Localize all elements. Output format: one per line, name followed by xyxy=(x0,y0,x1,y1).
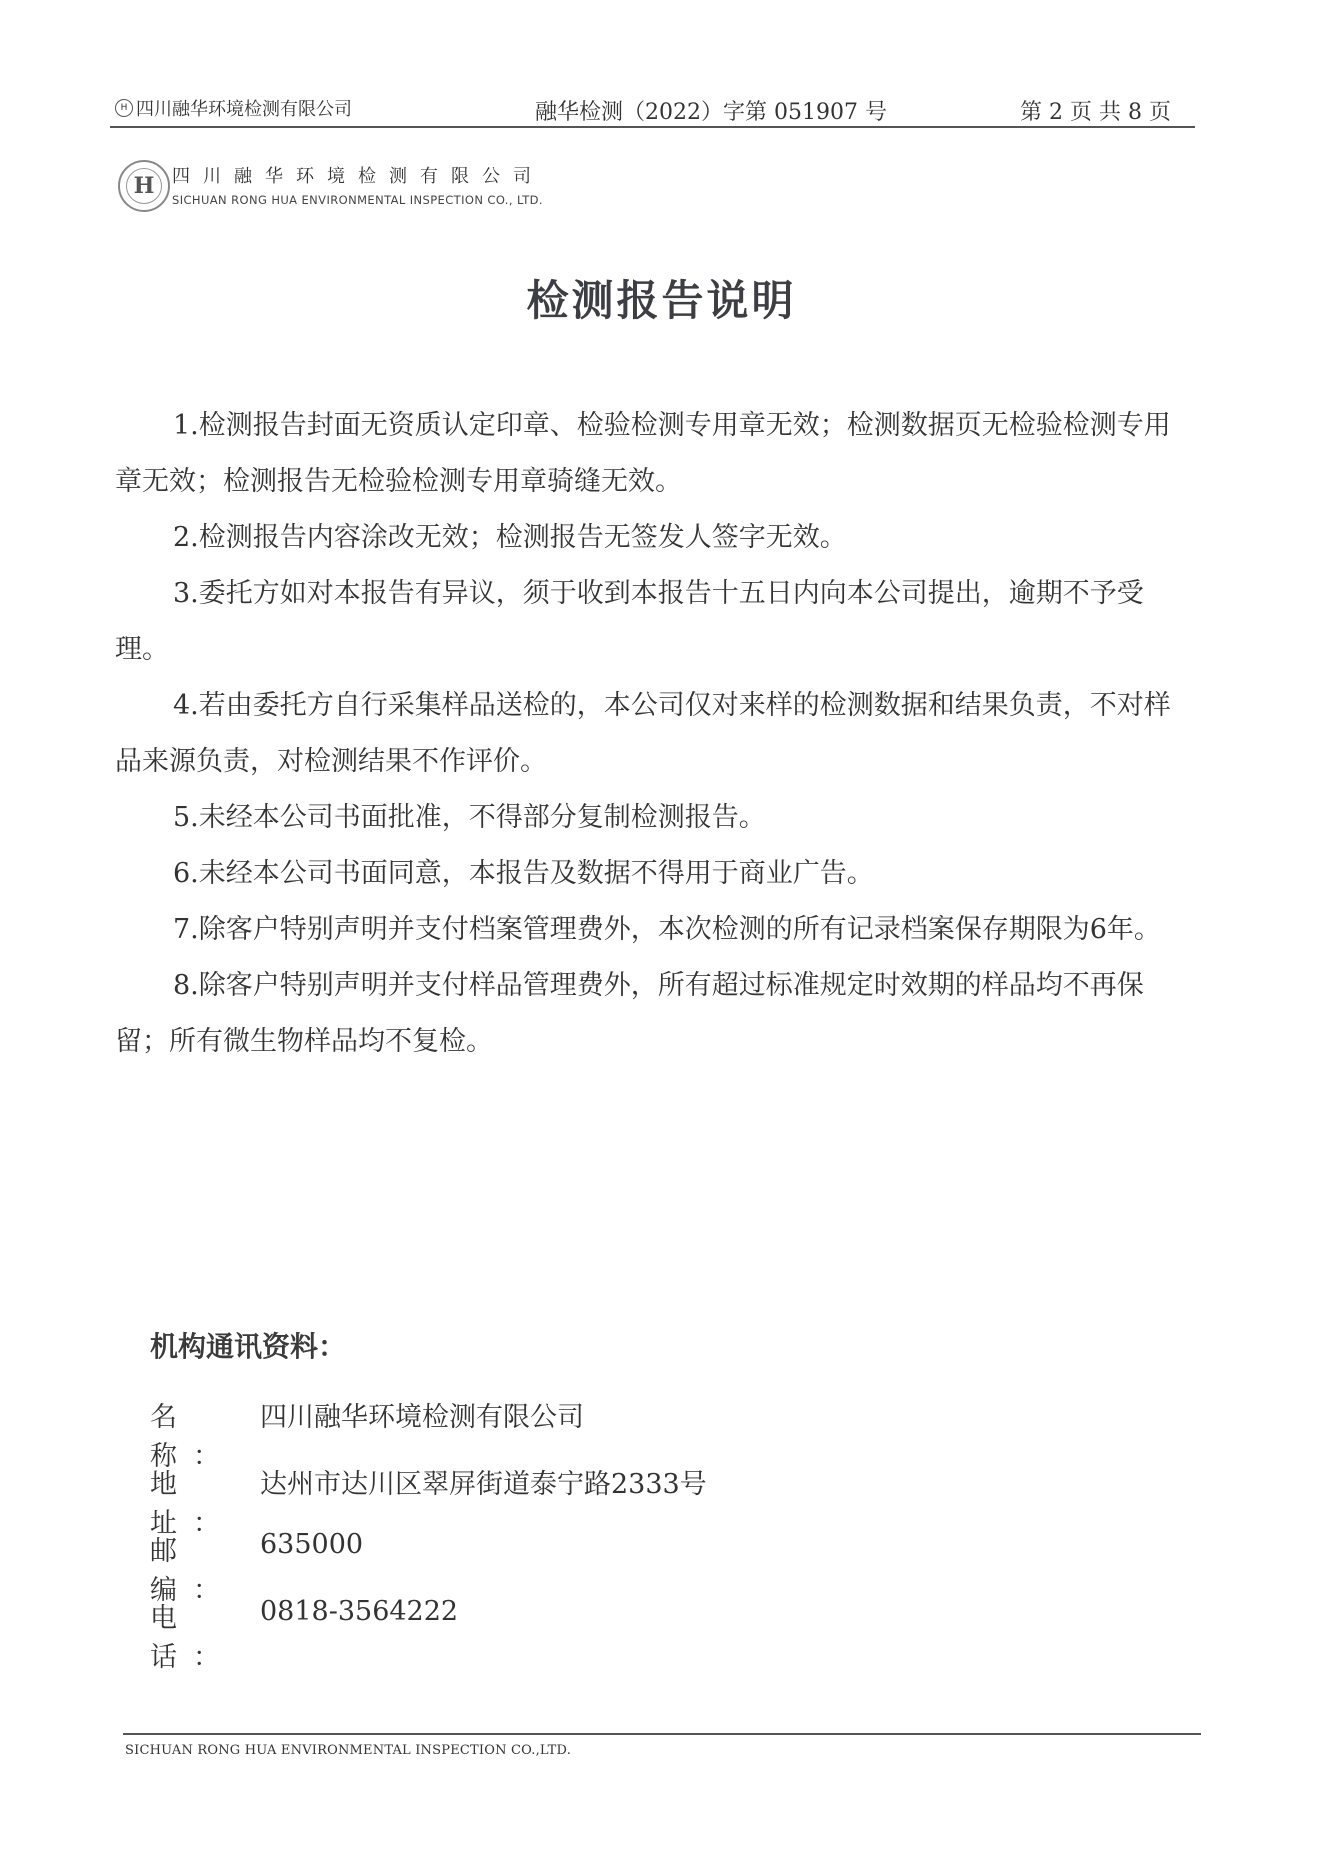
footer-company-en: SICHUAN RONG HUA ENVIRONMENTAL INSPECTIO… xyxy=(125,1743,571,1758)
note-item: 8.除客户特别声明并支付样品管理费外，所有超过标准规定时效期的样品均不再保留；所… xyxy=(115,958,1197,1070)
note-item: 3.委托方如对本报告有异议，须于收到本报告十五日内向本公司提出，逾期不予受理。 xyxy=(115,566,1197,678)
contact-label: 邮编： xyxy=(150,1529,260,1596)
letterhead-company-cn: 四川融华环境检测有限公司 xyxy=(172,162,544,188)
note-item: 5.未经本公司书面批准，不得部分复制检测报告。 xyxy=(115,790,1197,846)
contact-row-phone: 电话： 0818-3564222 xyxy=(150,1596,707,1663)
note-item: 2.检测报告内容涂改无效；检测报告无签发人签字无效。 xyxy=(115,510,1197,566)
note-item: 4.若由委托方自行采集样品送检的，本公司仅对来样的检测数据和结果负责，不对样品来… xyxy=(115,678,1197,790)
footer-divider xyxy=(123,1733,1201,1735)
contact-value: 0818-3564222 xyxy=(260,1596,458,1663)
note-item: 6.未经本公司书面同意，本报告及数据不得用于商业广告。 xyxy=(115,846,1197,902)
notes-list: 1.检测报告封面无资质认定印章、检验检测专用章无效；检测数据页无检验检测专用章无… xyxy=(115,398,1197,1070)
contact-label: 电话： xyxy=(150,1596,260,1663)
contact-label: 名称： xyxy=(150,1395,260,1462)
letterhead-company-en: SICHUAN RONG HUA ENVIRONMENTAL INSPECTIO… xyxy=(172,193,543,207)
contact-label: 地址： xyxy=(150,1462,260,1529)
note-item: 1.检测报告封面无资质认定印章、检验检测专用章无效；检测数据页无检验检测专用章无… xyxy=(115,398,1197,510)
page-title: 检测报告说明 xyxy=(0,268,1323,328)
header-report-number: 融华检测（2022）字第 051907 号 xyxy=(535,95,887,126)
contact-value: 635000 xyxy=(260,1529,363,1596)
contact-row-postcode: 邮编： 635000 xyxy=(150,1529,707,1596)
contact-row-address: 地址： 达州市达川区翠屏街道泰宁路2333号 xyxy=(150,1462,707,1529)
note-item: 7.除客户特别声明并支付档案管理费外，本次检测的所有记录档案保存期限为6年。 xyxy=(115,902,1197,958)
header-company: H 四川融华环境检测有限公司 xyxy=(115,95,352,121)
contact-value: 达州市达川区翠屏街道泰宁路2333号 xyxy=(260,1462,707,1529)
contact-row-name: 名称： 四川融华环境检测有限公司 xyxy=(150,1395,707,1462)
header-company-name: 四川融华环境检测有限公司 xyxy=(136,95,352,121)
contact-value: 四川融华环境检测有限公司 xyxy=(260,1395,584,1462)
logo-glyph: H xyxy=(126,168,162,204)
company-logo-icon: H xyxy=(118,160,170,212)
contact-section: 机构通讯资料： 名称： 四川融华环境检测有限公司 地址： 达州市达川区翠屏街道泰… xyxy=(150,1325,707,1663)
header-divider xyxy=(110,126,1195,128)
company-seal-icon: H xyxy=(115,99,133,117)
header-page-info: 第 2 页 共 8 页 xyxy=(1020,95,1171,126)
contact-title: 机构通讯资料： xyxy=(150,1325,707,1365)
